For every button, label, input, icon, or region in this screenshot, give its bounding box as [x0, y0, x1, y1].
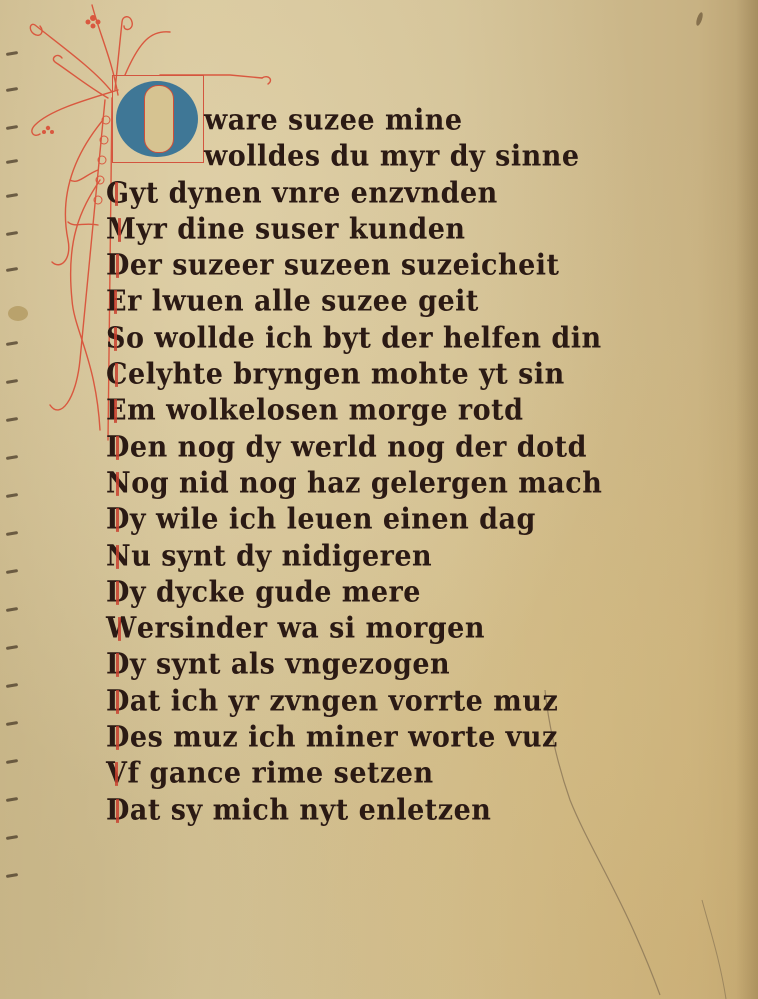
verse-line-16: Dy synt als vngezogen [106, 646, 666, 685]
rubricated-capital: N [106, 537, 131, 576]
rubricated-capital: W [106, 610, 137, 649]
verse-text: m wolkelosen morge rotd [127, 394, 523, 427]
rubricated-capital: E [106, 392, 127, 431]
verse-text: ersinder wa si morgen [137, 612, 485, 645]
verse-line-7: So wollde ich byt der helfen din [106, 319, 666, 358]
verse-line-12: Dy wile ich leuen einen dag [106, 501, 666, 540]
rubricated-capital: C [106, 356, 128, 395]
verse-text: y wile ich leuen einen dag [130, 503, 536, 536]
verse-line-18: Des muz ich miner worte vuz [106, 719, 666, 758]
verse-line-9: Em wolkelosen morge rotd [106, 392, 666, 431]
rubricated-capital: D [106, 646, 130, 685]
verse-text: ware suzee mine [204, 104, 463, 137]
verse-text: wolldes du myr dy sinne [204, 140, 580, 173]
verse-line-6: Er lwuen alle suzee geit [106, 283, 666, 322]
verse-line-17: Dat ich yr zvngen vorrte muz [106, 682, 666, 721]
rubricated-capital: E [106, 283, 127, 322]
verse-text: elyhte bryngen mohte yt sin [128, 358, 565, 391]
verse-text: yr dine suser kunden [136, 213, 465, 246]
verse-text: o wollde ich byt der helfen din [126, 321, 602, 354]
verse-text: r lwuen alle suzee geit [127, 285, 479, 318]
rubricated-capital: D [106, 682, 130, 721]
rubricated-capital: D [106, 247, 130, 286]
verse-line-10: Den nog dy werld nog der dotd [106, 428, 666, 467]
rubricated-capital: V [106, 755, 127, 794]
verse-text: es muz ich miner worte vuz [130, 721, 558, 754]
verse-text: at ich yr zvngen vorrte muz [130, 684, 558, 717]
verse-text: u synt dy nidigeren [131, 539, 432, 572]
verse-line-1: ware suzee mine [106, 102, 666, 141]
verse-line-14: Dy dycke gude mere [106, 573, 666, 612]
rubricated-capital: M [106, 210, 136, 249]
verse-text: yt dynen vnre enzvnden [130, 176, 498, 209]
verse-text: en nog dy werld nog der dotd [130, 430, 587, 463]
verse-line-15: Wersinder wa si morgen [106, 610, 666, 649]
verse-line-19: Vf gance rime setzen [106, 755, 666, 794]
verse-line-13: Nu synt dy nidigeren [106, 537, 666, 576]
verse-text: y synt als vngezogen [130, 648, 450, 681]
verse-text: at sy mich nyt enletzen [130, 793, 492, 826]
verse-line-3: Gyt dynen vnre enzvnden [106, 174, 666, 213]
rubricated-capital: S [106, 319, 126, 358]
rubricated-capital: N [106, 465, 131, 504]
rubricated-capital: G [106, 174, 130, 213]
rubricated-capital: D [106, 573, 130, 612]
rubricated-capital: D [106, 719, 130, 758]
verse-text: og nid nog haz gelergen mach [131, 467, 602, 500]
manuscript-page: O ware suzee mine wolldes du myr dy sinn… [0, 0, 758, 999]
verse-line-11: Nog nid nog haz gelergen mach [106, 465, 666, 504]
verse-line-4: Myr dine suser kunden [106, 210, 666, 249]
verse-text: er suzeer suzeen suzeicheit [130, 249, 560, 282]
verse-line-2: wolldes du myr dy sinne [106, 138, 666, 177]
rubricated-capital: D [106, 791, 130, 830]
verse-line-5: Der suzeer suzeen suzeicheit [106, 247, 666, 286]
verse-line-8: Celyhte bryngen mohte yt sin [106, 356, 666, 395]
verse-text: y dycke gude mere [130, 576, 421, 609]
verse-text: f gance rime setzen [127, 757, 433, 790]
rubricated-capital: D [106, 428, 130, 467]
verse-text-block: ware suzee mine wolldes du myr dy sinne … [106, 103, 666, 829]
rubricated-capital: D [106, 501, 130, 540]
verse-line-20: Dat sy mich nyt enletzen [106, 791, 666, 830]
